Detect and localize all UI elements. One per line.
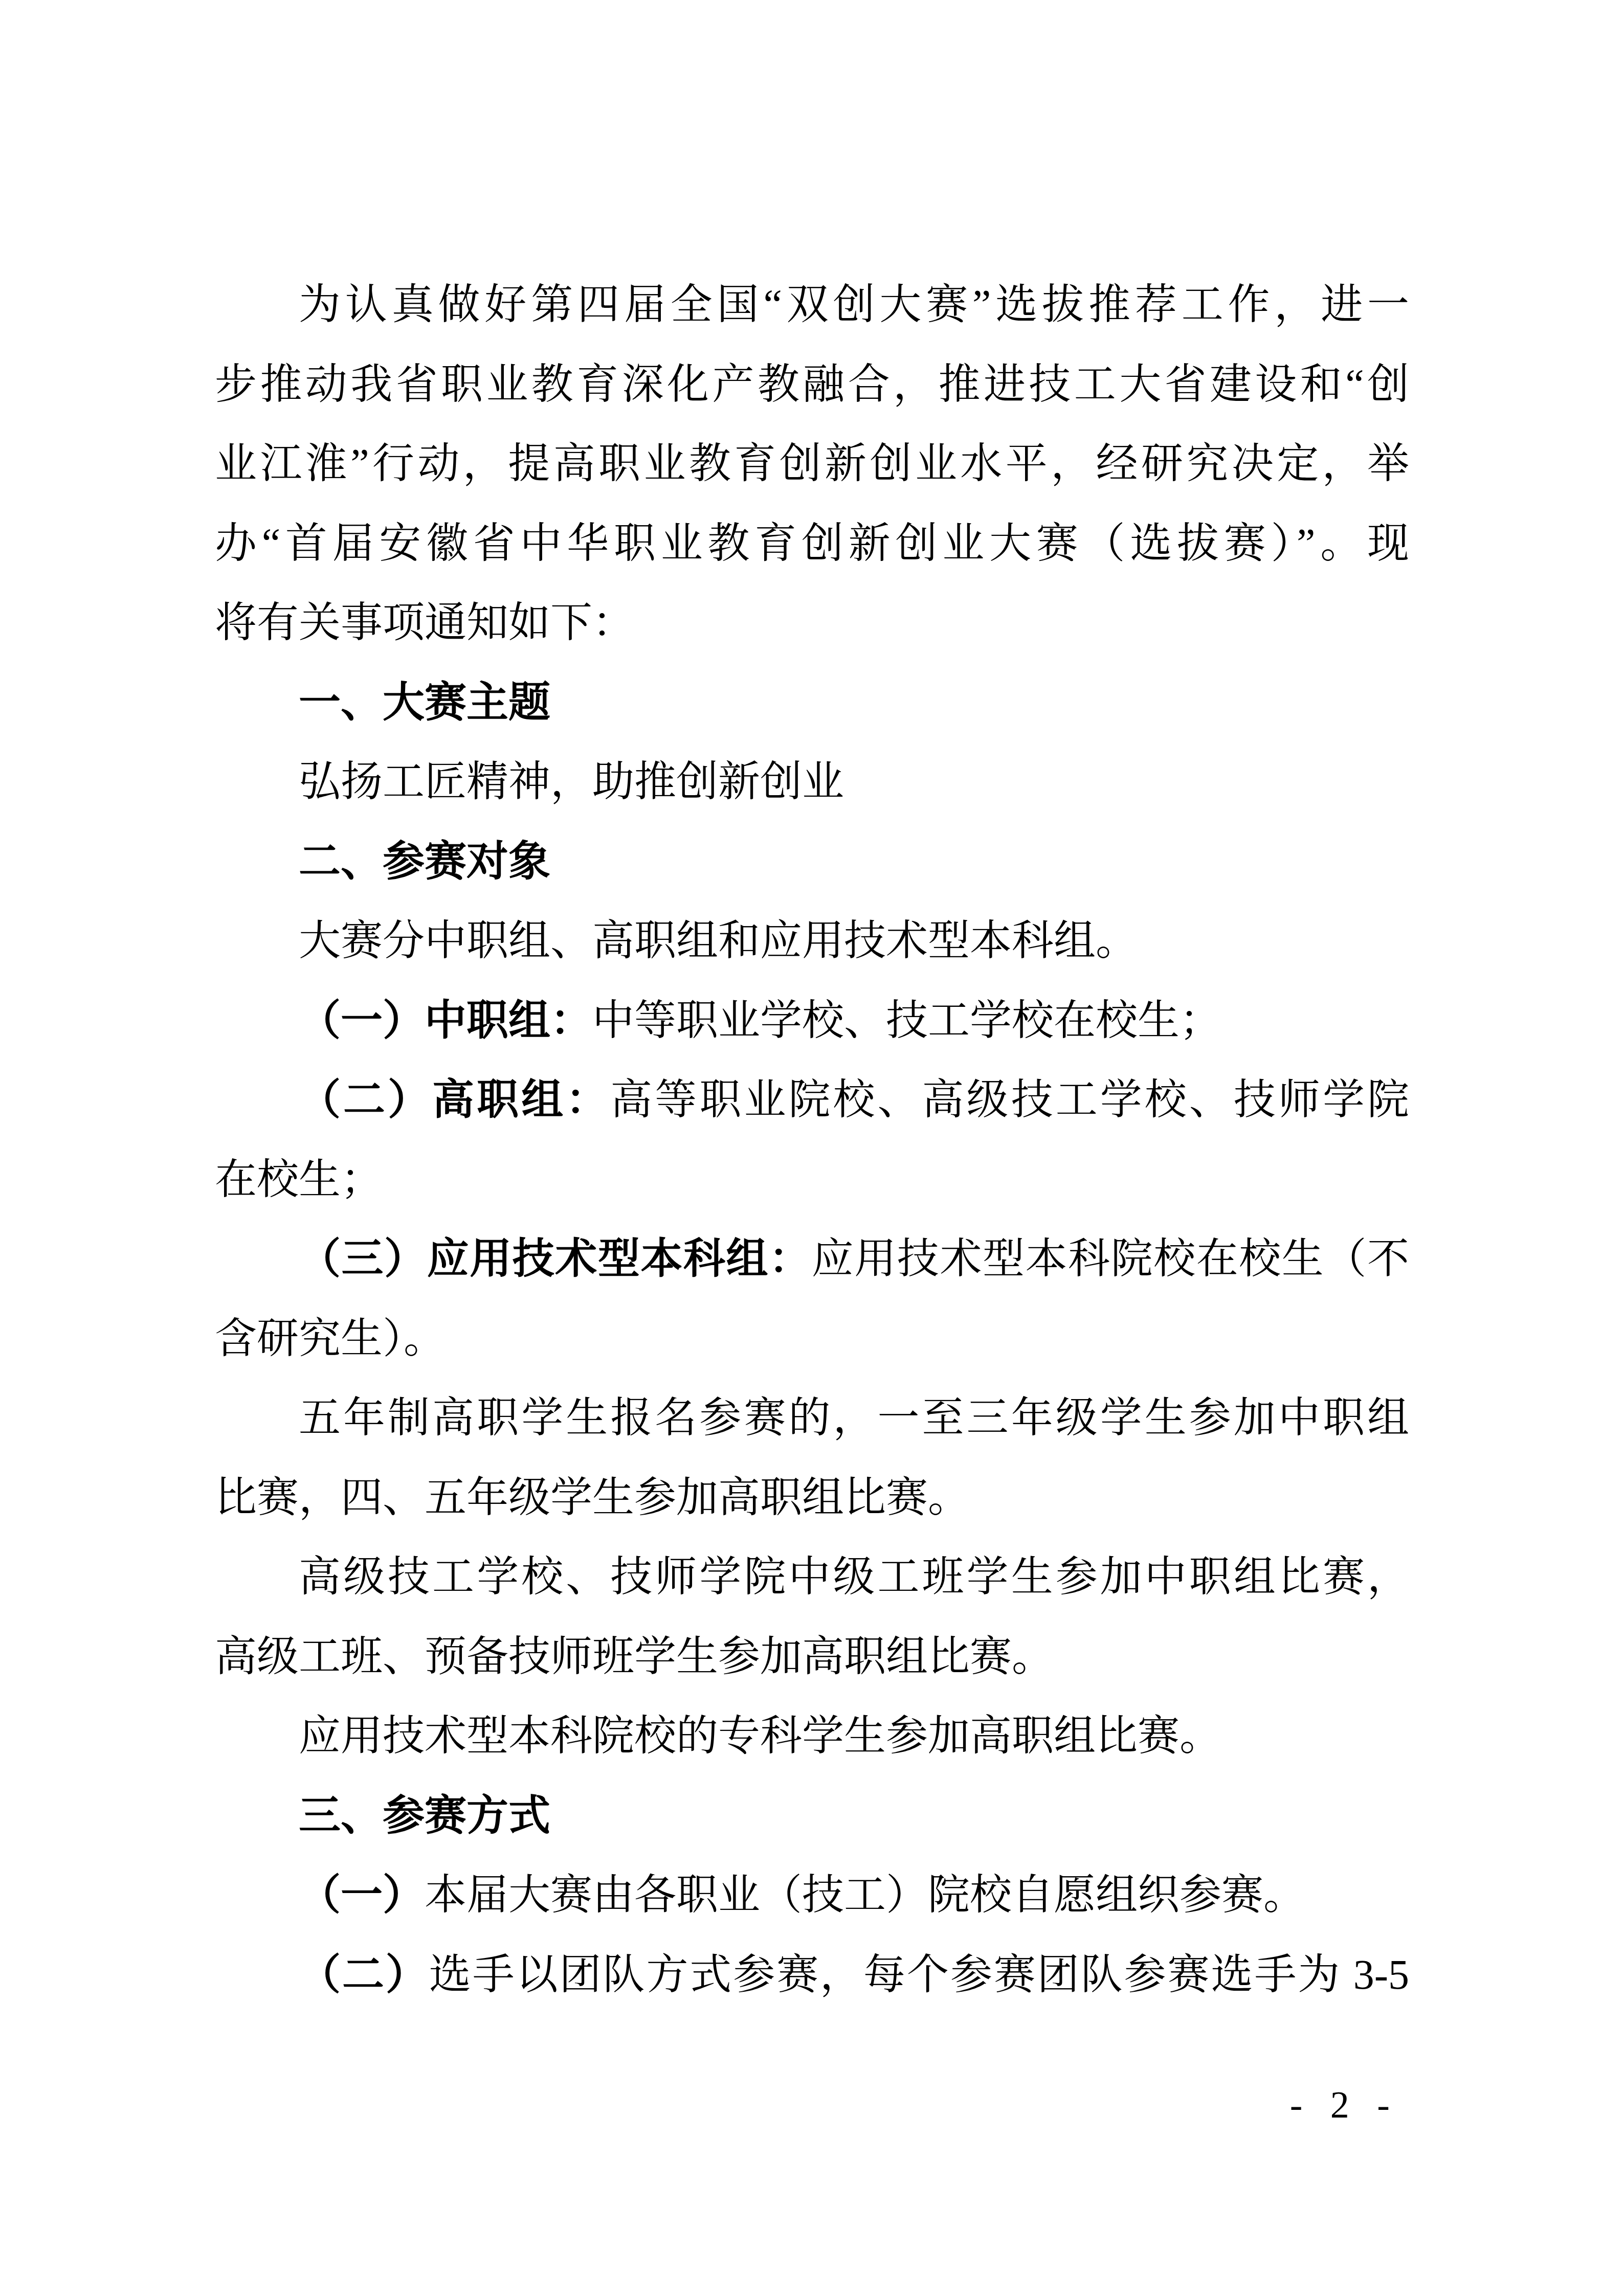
heading-text: 一、大赛主题: [299, 679, 550, 726]
line-text: 步推动我省职业教育深化产教融合，推进技工大省建设和“创: [215, 361, 1409, 408]
page-number: - 2 -: [1290, 2077, 1399, 2133]
line-text: 大赛分中职组、高职组和应用技术型本科组。: [299, 917, 1138, 964]
paragraph-line: 高级技工学校、技师学院中级工班学生参加中职组比赛，: [215, 1537, 1409, 1617]
document-page: 为认真做好第四届全国“双创大赛”选拔推荐工作，进一 步推动我省职业教育深化产教融…: [0, 0, 1624, 2296]
paragraph-line: 弘扬工匠精神，助推创新创业: [215, 742, 1409, 822]
paragraph-line: 将有关事项通知如下：: [215, 583, 1409, 663]
paragraph-line: 大赛分中职组、高职组和应用技术型本科组。: [215, 901, 1409, 981]
line-text: 将有关事项通知如下：: [215, 599, 634, 646]
line-text: 在校生；: [215, 1156, 383, 1203]
section-heading: 一、大赛主题: [215, 663, 1409, 742]
line-text: 为认真做好第四届全国“双创大赛”选拔推荐工作，进一: [299, 281, 1409, 328]
paragraph-line: 办“首届安徽省中华职业教育创新创业大赛（选拔赛）”。现: [215, 504, 1409, 583]
line-text: 含研究生）。: [215, 1315, 446, 1362]
document-body: 为认真做好第四届全国“双创大赛”选拔推荐工作，进一 步推动我省职业教育深化产教融…: [215, 265, 1409, 2014]
paragraph-line: 为认真做好第四届全国“双创大赛”选拔推荐工作，进一: [215, 265, 1409, 345]
paragraph-line: （三）应用技术型本科组：应用技术型本科院校在校生（不: [215, 1219, 1409, 1299]
heading-text: 三、参赛方式: [299, 1792, 550, 1839]
list-marker: （一）: [299, 1872, 425, 1918]
paragraph-line: （二）高职组：高等职业院校、高级技工学校、技师学院: [215, 1060, 1409, 1140]
paragraph-line: （二）选手以团队方式参赛，每个参赛团队参赛选手为 3-5: [215, 1935, 1409, 2015]
line-text: 中等职业学校、技工学校在校生；: [592, 997, 1221, 1044]
line-text: 弘扬工匠精神，助推创新创业: [299, 758, 844, 805]
line-text: 业江淮”行动，提高职业教育创新创业水平，经研究决定，举: [215, 440, 1409, 487]
line-text: 办“首届安徽省中华职业教育创新创业大赛（选拔赛）”。现: [215, 520, 1409, 567]
line-text: 比赛，四、五年级学生参加高职组比赛。: [215, 1474, 970, 1521]
paragraph-line: 比赛，四、五年级学生参加高职组比赛。: [215, 1458, 1409, 1538]
paragraph-line: （一）中职组：中等职业学校、技工学校在校生；: [215, 981, 1409, 1061]
list-marker: （二）高职组：: [299, 1076, 610, 1123]
list-marker: （三）应用技术型本科组：: [299, 1235, 812, 1282]
paragraph-line: 高级工班、预备技师班学生参加高职组比赛。: [215, 1617, 1409, 1697]
paragraph-line: 五年制高职学生报名参赛的，一至三年级学生参加中职组: [215, 1378, 1409, 1458]
paragraph-line: 在校生；: [215, 1140, 1409, 1220]
paragraph-line: 应用技术型本科院校的专科学生参加高职组比赛。: [215, 1696, 1409, 1776]
list-marker: （二）: [299, 1951, 429, 1998]
line-text: 应用技术型本科院校在校生（不: [812, 1235, 1409, 1282]
line-text: 五年制高职学生报名参赛的，一至三年级学生参加中职组: [299, 1394, 1409, 1441]
line-text: 高级工班、预备技师班学生参加高职组比赛。: [215, 1633, 1054, 1680]
paragraph-line: 步推动我省职业教育深化产教融合，推进技工大省建设和“创: [215, 345, 1409, 424]
paragraph-line: 业江淮”行动，提高职业教育创新创业水平，经研究决定，举: [215, 424, 1409, 504]
list-marker: （一）中职组：: [299, 997, 592, 1044]
line-text: 应用技术型本科院校的专科学生参加高职组比赛。: [299, 1713, 1221, 1759]
heading-text: 二、参赛对象: [299, 838, 550, 885]
paragraph-line: 含研究生）。: [215, 1299, 1409, 1379]
section-heading: 二、参赛对象: [215, 822, 1409, 902]
section-heading: 三、参赛方式: [215, 1776, 1409, 1856]
line-text: 选手以团队方式参赛，每个参赛团队参赛选手为 3-5: [429, 1951, 1409, 1998]
paragraph-line: （一）本届大赛由各职业（技工）院校自愿组织参赛。: [215, 1855, 1409, 1935]
line-text: 本届大赛由各职业（技工）院校自愿组织参赛。: [425, 1872, 1305, 1918]
line-text: 高等职业院校、高级技工学校、技师学院: [610, 1076, 1409, 1123]
line-text: 高级技工学校、技师学院中级工班学生参加中职组比赛，: [299, 1554, 1409, 1600]
